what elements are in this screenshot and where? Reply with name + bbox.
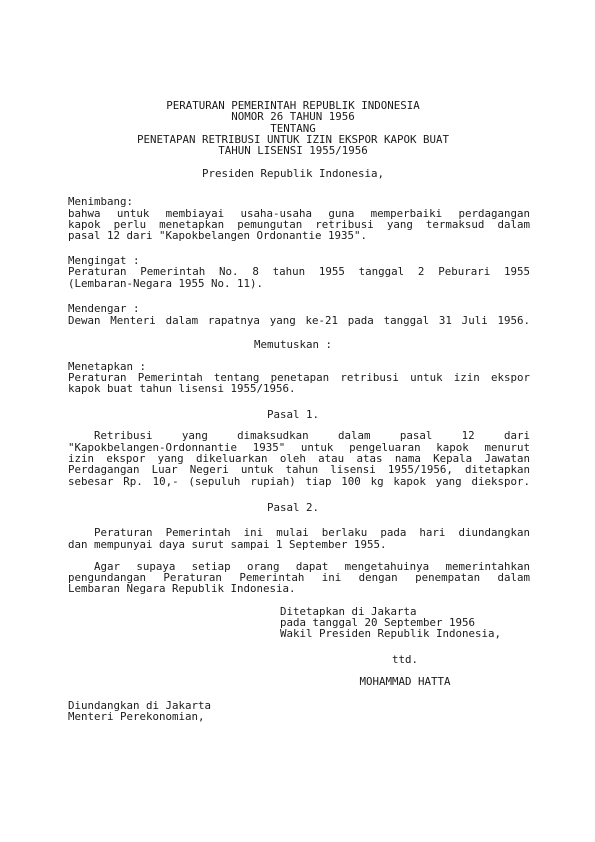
signature-abbrev-text: ttd. [280, 654, 530, 665]
signatory-name: MOHAMMAD HATTA [280, 676, 530, 687]
signatory-name-text: MOHAMMAD HATTA [280, 676, 530, 687]
text-line: (Lembaran-Negara 1955 No. 11). [68, 278, 530, 289]
section-mendengar: Mendengar : Dewan Menteri dalam rapatnya… [68, 303, 530, 326]
section-menimbang-body: bahwa untuk membiayai usaha-usaha guna m… [68, 208, 530, 242]
pasal2-heading-text: Pasal 2. [68, 502, 518, 513]
document-page: PERATURAN PEMERINTAH REPUBLIK INDONESIAN… [0, 0, 595, 842]
pasal2-heading: Pasal 2. [68, 502, 518, 513]
pasal1-body: Retribusi yang dimaksudkan dalam pasal 1… [68, 430, 530, 486]
text-line: Dewan Menteri dalam rapatnya yang ke-21 … [68, 315, 530, 326]
section-mengingat: Mengingat : Peraturan Pemerintah No. 8 t… [68, 255, 530, 289]
document-title: PERATURAN PEMERINTAH REPUBLIK INDONESIAN… [68, 100, 518, 156]
pasal1-heading: Pasal 1. [68, 409, 518, 420]
salutation: Presiden Republik Indonesia, [68, 168, 518, 179]
text-line: Menteri Perekonomian, [68, 711, 530, 722]
section-menimbang-label: Menimbang: [68, 196, 530, 207]
section-menimbang: Menimbang: bahwa untuk membiayai usaha-u… [68, 196, 530, 241]
memutuskan-heading-text: Memutuskan : [68, 339, 518, 350]
text-line: pasal 12 dari "Kapokbelangen Ordonantie … [68, 230, 530, 241]
salutation-text: Presiden Republik Indonesia, [68, 168, 518, 179]
signature-abbrev: ttd. [280, 654, 530, 665]
memutuskan-heading: Memutuskan : [68, 339, 518, 350]
section-mengingat-body: Peraturan Pemerintah No. 8 tahun 1955 ta… [68, 266, 530, 289]
closing-place-date: Ditetapkan di Jakartapada tanggal 20 Sep… [280, 606, 530, 640]
promulgation: Diundangkan di JakartaMenteri Perekonomi… [68, 700, 530, 723]
section-mendengar-body: Dewan Menteri dalam rapatnya yang ke-21 … [68, 315, 530, 326]
section-mendengar-label: Mendengar : [68, 303, 530, 314]
document-content: PERATURAN PEMERINTAH REPUBLIK INDONESIAN… [68, 0, 530, 723]
section-menetapkan: Menetapkan : Peraturan Pemerintah tentan… [68, 361, 530, 395]
text-line: Perdagangan Luar Negeri untuk tahun lise… [68, 464, 530, 475]
text-line: Peraturan Pemerintah ini mulai berlaku p… [68, 527, 530, 538]
text-line: dan mempunyai daya surut sampai 1 Septem… [68, 539, 530, 550]
text-line: TAHUN LISENSI 1955/1956 [68, 145, 518, 156]
text-line: kapok buat tahun lisensi 1955/1956. [68, 383, 530, 394]
text-line: Peraturan Pemerintah No. 8 tahun 1955 ta… [68, 266, 530, 277]
pasal1-heading-text: Pasal 1. [68, 409, 518, 420]
section-menetapkan-body: Peraturan Pemerintah tentang penetapan r… [68, 372, 530, 395]
pasal2-paragraph-1: Peraturan Pemerintah ini mulai berlaku p… [68, 527, 530, 550]
pasal2-paragraph-2: Agar supaya setiap orang dapat mengetahu… [68, 561, 530, 595]
text-line: Lembaran Negara Republik Indonesia. [68, 583, 530, 594]
text-line: sebesar Rp. 10,- (sepuluh rupiah) tiap 1… [68, 476, 530, 487]
text-line: Wakil Presiden Republik Indonesia, [280, 628, 530, 639]
text-line: NOMOR 26 TAHUN 1956 [68, 111, 518, 122]
